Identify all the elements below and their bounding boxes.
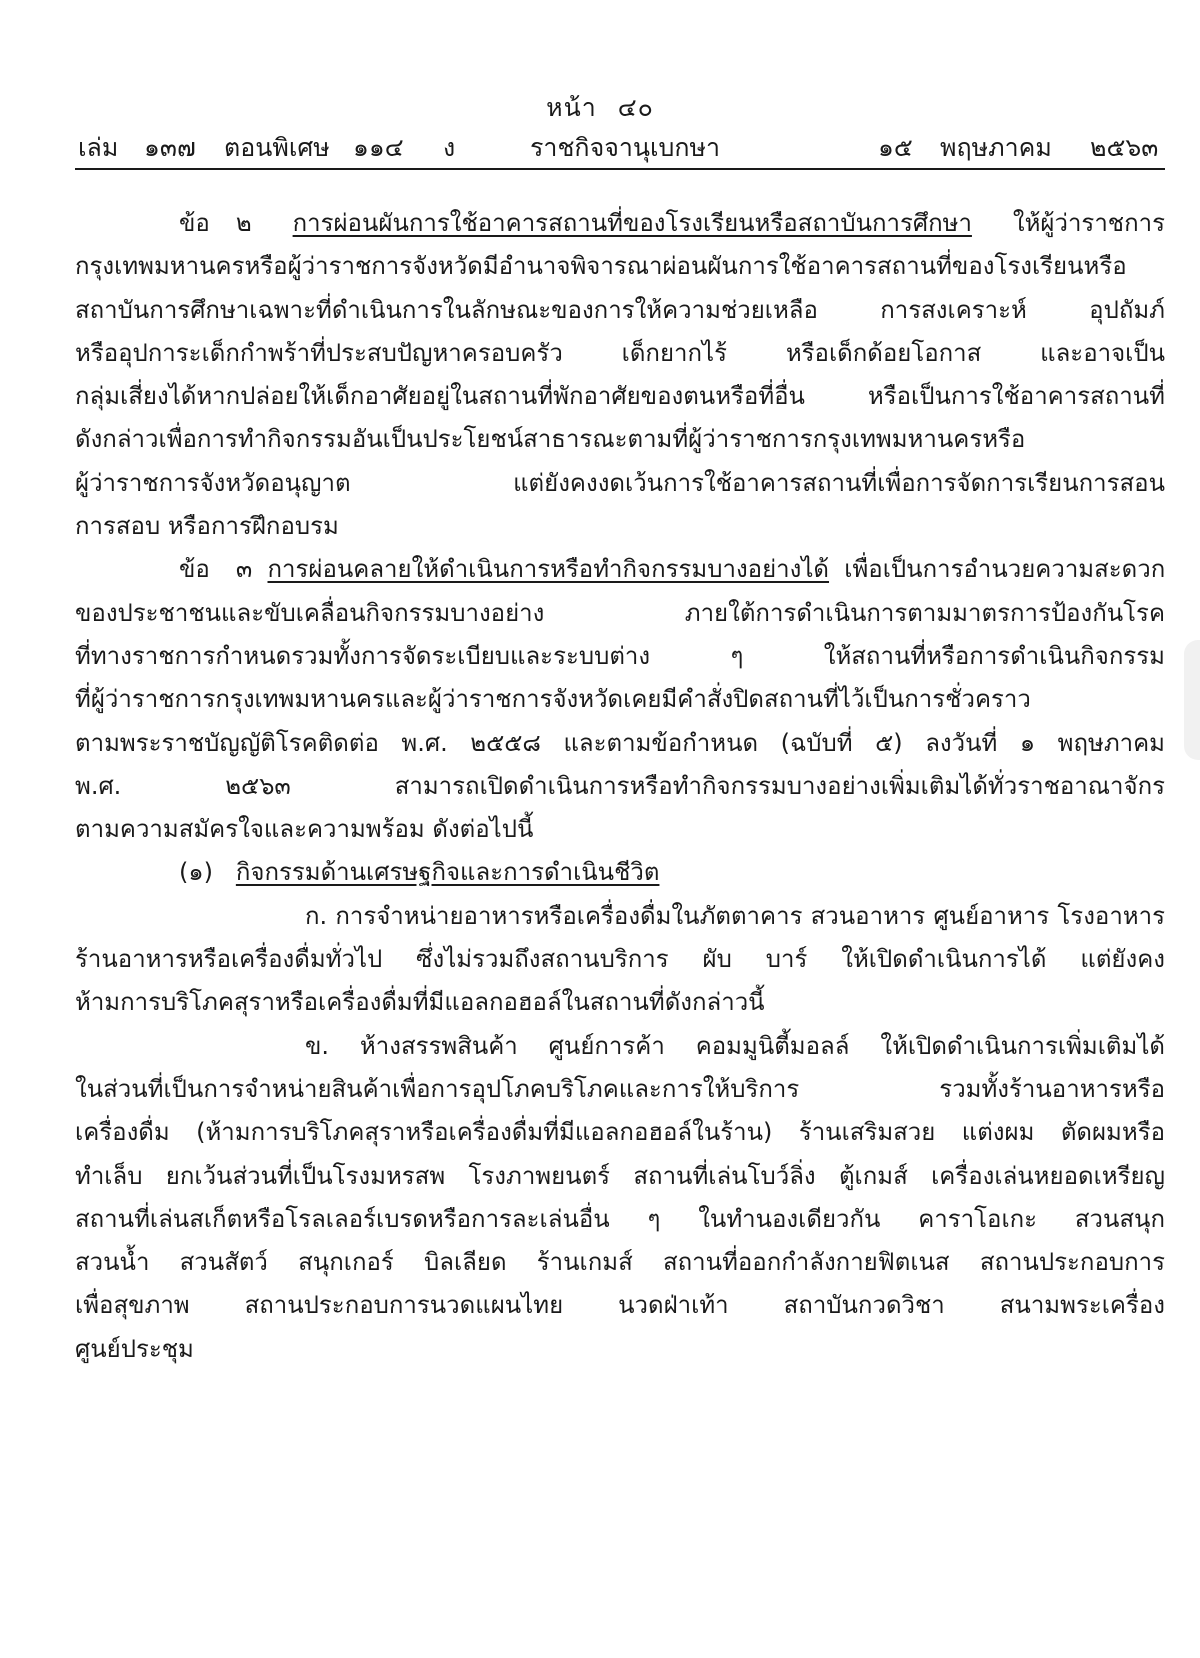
page-label: หน้า (546, 93, 597, 122)
page-number: หน้า ๔๐ (0, 88, 1200, 128)
issue-number: ๑๑๔ (353, 128, 404, 168)
text-line: สวนน้ำ สวนสัตว์ สนุกเกอร์ บิลเลียด ร้านเ… (75, 1241, 1165, 1284)
text-line: ร้านอาหารหรือเครื่องดื่มทั่วไป ซึ่งไม่รว… (75, 938, 1165, 981)
text-line: หรืออุปการะเด็กกำพร้าที่ประสบปัญหาครอบคร… (75, 332, 1165, 375)
text-line: กรุงเทพมหานครหรือผู้ว่าราชการจังหวัดมีอำ… (75, 245, 1165, 288)
clause-2: ข้อ๒ การผ่อนผันการใช้อาคารสถานที่ของโรงเ… (75, 202, 1165, 548)
subsection-title: กิจกรรมด้านเศรษฐกิจและการดำเนินชีวิต (236, 858, 660, 886)
clause-label: ข้อ (179, 209, 210, 237)
date-day: ๑๕ (878, 128, 913, 168)
subsection-number: (๑) (179, 858, 213, 886)
text-line: ที่ผู้ว่าราชการกรุงเทพมหานครและผู้ว่าราช… (75, 678, 1165, 721)
clause-2-heading-line: ข้อ๒ การผ่อนผันการใช้อาคารสถานที่ของโรงเ… (75, 202, 1165, 245)
text-line: ผู้ว่าราชการจังหวัดอนุญาต แต่ยังคงงดเว้น… (75, 462, 1165, 505)
clause-label: ข้อ (179, 555, 210, 583)
text-line: ตามพระราชบัญญัติโรคติดต่อ พ.ศ. ๒๕๕๘ และต… (75, 722, 1165, 765)
text-line: สถานที่เล่นสเก็ตหรือโรลเลอร์เบรดหรือการล… (75, 1198, 1165, 1241)
clause-number: ๒ (236, 209, 252, 237)
volume-label: เล่ม (78, 128, 118, 168)
clause-text: เพื่อเป็นการอำนวยความสะดวก (844, 555, 1165, 583)
text-line: สถาบันการศึกษาเฉพาะที่ดำเนินการในลักษณะข… (75, 289, 1165, 332)
gazette-page: หน้า ๔๐ เล่ม ๑๓๗ ตอนพิเศษ ๑๑๔ ง ราชกิจจา… (0, 0, 1200, 1658)
page-edge-shadow (1184, 640, 1200, 760)
text-line: ทำเล็บ ยกเว้นส่วนที่เป็นโรงมหรสพ โรงภาพย… (75, 1155, 1165, 1198)
publication-title: ราชกิจจานุเบกษา (530, 128, 720, 168)
text-line: กลุ่มเสี่ยงได้หากปล่อยให้เด็กอาศัยอยู่ใน… (75, 375, 1165, 418)
issue-label: ตอนพิเศษ (224, 128, 330, 168)
subsection-1-heading: (๑) กิจกรรมด้านเศรษฐกิจและการดำเนินชีวิต (75, 851, 1165, 894)
document-body: ข้อ๒ การผ่อนผันการใช้อาคารสถานที่ของโรงเ… (75, 202, 1165, 1371)
clause-3-heading-line: ข้อ๓ การผ่อนคลายให้ดำเนินการหรือทำกิจกรร… (75, 548, 1165, 591)
section-letter: ง (443, 128, 455, 168)
clause-title: การผ่อนผันการใช้อาคารสถานที่ของโรงเรียนห… (293, 209, 972, 237)
text-line: เครื่องดื่ม (ห้ามการบริโภคสุราหรือเครื่อ… (75, 1111, 1165, 1154)
clause-text: ให้ผู้ว่าราชการ (1013, 209, 1165, 237)
clause-title: การผ่อนคลายให้ดำเนินการหรือทำกิจกรรมบางอ… (268, 555, 830, 583)
item-a-first-line: ก. การจำหน่ายอาหารหรือเครื่องดื่มในภัตตา… (75, 895, 1165, 938)
text-line: ในส่วนที่เป็นการจำหน่ายสินค้าเพื่อการอุป… (75, 1068, 1165, 1111)
text-line: เพื่อสุขภาพ สถานประกอบการนวดแผนไทย นวดฝ่… (75, 1284, 1165, 1327)
text-line: ห้ามการบริโภคสุราหรือเครื่องดื่มที่มีแอล… (75, 981, 1165, 1024)
text-line: พ.ศ. ๒๕๖๓ สามารถเปิดดำเนินการหรือทำกิจกร… (75, 765, 1165, 808)
volume-number: ๑๓๗ (144, 128, 196, 168)
text-line: ที่ทางราชการกำหนดรวมทั้งการจัดระเบียบและ… (75, 635, 1165, 678)
gazette-header: เล่ม ๑๓๗ ตอนพิเศษ ๑๑๔ ง ราชกิจจานุเบกษา … (78, 128, 1160, 164)
page-number-value: ๔๐ (618, 93, 654, 122)
clause-3: ข้อ๓ การผ่อนคลายให้ดำเนินการหรือทำกิจกรร… (75, 548, 1165, 1371)
clause-number: ๓ (236, 555, 252, 583)
text-line: การสอบ หรือการฝึกอบรม (75, 505, 1165, 548)
text-line: ของประชาชนและขับเคลื่อนกิจกรรมบางอย่าง ภ… (75, 592, 1165, 635)
text-line: ตามความสมัครใจและความพร้อม ดังต่อไปนี้ (75, 808, 1165, 851)
item-b-first-line: ข. ห้างสรรพสินค้า ศูนย์การค้า คอมมูนิตี้… (75, 1025, 1165, 1068)
date-month: พฤษภาคม (940, 128, 1052, 168)
date-year: ๒๕๖๓ (1090, 128, 1158, 168)
header-divider (75, 168, 1165, 170)
text-line: ดังกล่าวเพื่อการทำกิจกรรมอันเป็นประโยชน์… (75, 418, 1165, 461)
text-line: ศูนย์ประชุม (75, 1328, 1165, 1371)
